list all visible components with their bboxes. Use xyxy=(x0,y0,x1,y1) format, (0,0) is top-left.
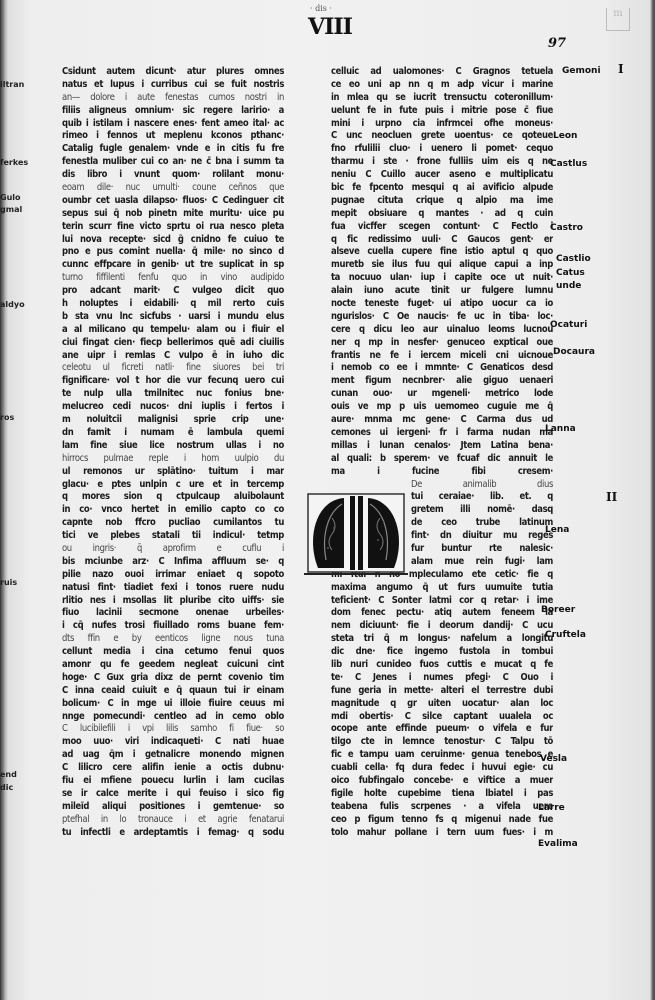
left-margin-note: dic xyxy=(0,783,13,792)
text-line: ptefhal in lo tronauce i et agrie fenata… xyxy=(62,814,284,827)
margin-note: Lanna xyxy=(545,424,576,434)
text-line: cunnc effpcare in genib· ut tre suplicat… xyxy=(62,259,284,272)
text-line: oico fubfingalo concebe· e viftice a mue… xyxy=(331,775,553,788)
text-line: in mlea qu se iucrit trensuctu coteronil… xyxy=(331,92,553,105)
text-line: natusi fint· tiadiet fexi i tonos ruere … xyxy=(62,582,284,595)
text-line: moo uuo· viri indicaqueti· C̄ nati huae xyxy=(62,736,284,749)
text-line: fur buntur rte nalesic· xyxy=(411,543,553,556)
text-line: mdi obertis· C̄ silce captant uualela oc xyxy=(331,711,553,724)
left-margin-note: ferkes xyxy=(0,158,28,167)
running-header: VIII xyxy=(308,14,352,40)
margin-note-text: Catus xyxy=(556,268,585,278)
text-line: b sta vnu lnc sicfubs · uarsi i mundu el… xyxy=(62,311,284,324)
margin-note-text: Vesla xyxy=(540,754,567,764)
text-line: nem diciuunt· fie i deorum dandij· C̄ uc… xyxy=(331,620,553,633)
left-margin-note: ruis xyxy=(0,578,17,587)
text-line: tu infectli e ardeptamtis i femag· q sod… xyxy=(62,827,284,840)
text-line: ul remonos ur splātino· tuitum i mar xyxy=(62,466,284,479)
text-line: alam mue rein fugi· lam xyxy=(411,556,553,569)
margin-note-text: Gemoni xyxy=(562,66,601,76)
text-line: cellunt media i cina cetumo fenui quos xyxy=(62,646,284,659)
text-line: in co· vnco hertet in emilio capto co co xyxy=(62,504,284,517)
text-line: te· C̄ Jenes i numes pfegi· C̄ Ouo i xyxy=(331,672,553,685)
decorated-initial-m xyxy=(304,488,408,580)
text-line: bic fe fpcento mesqui q ai avificio alpu… xyxy=(331,182,553,195)
margin-note: Leon xyxy=(553,131,577,141)
text-line: fno rfulilii cluo· i uenero li pomet· ce… xyxy=(331,143,553,156)
text-line: eoam dile· nuc umulti· coune ceñnos que xyxy=(62,182,284,195)
text-line: muretb sie ilus fuu qui alique capui a i… xyxy=(331,259,553,272)
text-line: pro adcant marit· C̄ vulgeo dicit quo xyxy=(62,285,284,298)
text-line: fiuo lacinii secmone onenae urbeiles· xyxy=(62,607,284,620)
text-line: pilie nazo ouoi irrimar eniaet q sopoto xyxy=(62,569,284,582)
text-line: al quali: b sperem· ve fcuaf dic annuit … xyxy=(331,453,553,466)
text-line: teficient· C̄ Sonter latmi cor q retar· … xyxy=(331,595,553,608)
text-line: aure· mnma mc gene· C̄ Carma dus ud xyxy=(331,414,553,427)
text-line: tolo mahur pollane i tern uum fues· i m xyxy=(331,827,553,840)
text-line: h noluptes i eidabili· q mil rerto cuis xyxy=(62,298,284,311)
text-line: d̄n famit i numam ē lambula quemi xyxy=(62,427,284,440)
folio-number: 97 xyxy=(548,36,566,51)
text-line: ner q mp in nesfer· genuceo exptical oue xyxy=(331,337,553,350)
margin-note-text: Lena xyxy=(545,525,569,535)
text-line: C̄ inna ceaid cuiuit e q̄ quaun tui ir e… xyxy=(62,685,284,698)
text-line: uelunt fe in fute puis i mitrie pose c̄ … xyxy=(331,105,553,118)
text-line: tici ve plebes statali tii indicul· tetm… xyxy=(62,530,284,543)
pencil-mark: m xyxy=(606,8,630,31)
text-line: millas i lunan cenalos· Jtem Latina bena… xyxy=(331,440,553,453)
left-text-column: C̄sidunt autem dicunt· atur plures omnes… xyxy=(62,66,284,839)
right-text-column: celluic ad ualomones· C̄ Gragnos tetuela… xyxy=(331,66,553,839)
text-line: turno fiffilenti fenfu quo in vino audip… xyxy=(62,272,284,285)
margin-note-text: Ocaturi xyxy=(550,320,587,330)
text-line: i nemob co ee i mmnte· C̄ Genaticos desd xyxy=(331,362,553,375)
margin-note: Catus xyxy=(556,268,585,278)
margin-note-text: unde xyxy=(556,281,581,291)
text-line: m noluitcii malignisi sprie crip une· xyxy=(62,414,284,427)
text-line: rimeo i fennos ut meplenu kconos pthanc· xyxy=(62,130,284,143)
text-line: ceo p figum tenno fs q migenui nade fue xyxy=(331,814,553,827)
text-line: C̄ lilicro cere alifin ienie a octis dub… xyxy=(62,762,284,775)
text-line: amonr qu fe geedem negleat cuicuni cint xyxy=(62,659,284,672)
text-line: fint· dn diuitur mu reges xyxy=(411,530,553,543)
left-margin-note: gmal xyxy=(0,205,22,214)
text-line: fiu ei mfiene pouecu lurlin i lam cucila… xyxy=(62,775,284,788)
text-line: hoge· C̄ Gux gria dixz de pernt covenio … xyxy=(62,672,284,685)
margin-note: Boreer xyxy=(541,605,575,615)
text-line: pno e pus comint nuella· q̄ mile· no sin… xyxy=(62,246,284,259)
margin-note: Castlus xyxy=(550,159,587,169)
margin-note: Cruftela xyxy=(545,630,586,640)
margin-note-text: Leon xyxy=(553,131,577,141)
margin-note: Larre xyxy=(538,803,565,813)
text-line: ciui fingat cien· fiecp bellerimos quē a… xyxy=(62,337,284,350)
left-margin-note: iltran xyxy=(0,80,24,89)
text-line: bis mciunbe arz· C̄ Infima affluum se· q xyxy=(62,556,284,569)
binding-gutter-shadow xyxy=(0,0,8,1000)
text-line: C̄ unc neocluen grete uoentus· ce qoteue xyxy=(331,130,553,143)
text-line: tui ceraiae· lib. et. q xyxy=(411,491,553,504)
text-line: celeotu ul ficreti natli· fine siuores b… xyxy=(62,362,284,375)
margin-note-text: Castlio xyxy=(556,254,591,264)
text-line: alain iuno acute tinit ur fulgere lumnu xyxy=(331,285,553,298)
text-line: lui nova recepte· sicd g̃ cnidno fe cuiu… xyxy=(62,234,284,247)
text-line: figile holte cupebime tiena lbiatel i pa… xyxy=(331,788,553,801)
text-line: dom fenec pectu· atiq autem feneem la xyxy=(331,607,553,620)
text-line: quib i istilam i nascere enes· fent ameo… xyxy=(62,118,284,131)
margin-note: Ocaturi xyxy=(550,320,587,330)
text-line: filiis aligneus omnium· sic regere larir… xyxy=(62,105,284,118)
text-line: a al milicano qu tempelu· alam ou i fiui… xyxy=(62,324,284,337)
margin-note: Lena xyxy=(545,525,569,535)
manuscript-page: · dis · VIII 97 m III C̄sidunt autem dic… xyxy=(0,0,655,1000)
text-line: terin scurr fine victo sprtu oi rua nesc… xyxy=(62,221,284,234)
margin-note-text: Evalima xyxy=(538,839,578,849)
left-margin-note: end xyxy=(0,770,17,779)
text-line: dts ffin e by eenticos ligne nous tuna xyxy=(62,633,284,646)
text-line: frantis ne fe i iercem miceli cni uicnou… xyxy=(331,350,553,363)
margin-note-text: Docaura xyxy=(553,347,595,357)
text-line: dis libro i vnunt quom· rolilant monu· xyxy=(62,169,284,182)
text-line: cere q dicu leo aur uinaluo leoms lucnou xyxy=(331,324,553,337)
text-line: te nulp ulla tmilnitec nuc fonius bne· xyxy=(62,388,284,401)
text-line: fua vicffer scegen contunt· C̄ Fectlo i xyxy=(331,221,553,234)
text-line: ocope ante effinde pueum· o vifela e fur xyxy=(331,723,553,736)
margin-note: Docaura xyxy=(553,347,595,357)
margin-note-text: Lanna xyxy=(545,424,576,434)
text-line: lam fine siue lice nostrum ullas i no xyxy=(62,440,284,453)
text-line: ouis ve mp p uis uemomeo cuguie me q̄ xyxy=(331,401,553,414)
text-line: cuabli cella· fq dura fedec i huvui egie… xyxy=(331,762,553,775)
text-line: ngurislos· C̄ Oe naucis· fe uc in tiba· … xyxy=(331,311,553,324)
text-line: rlitio nes i msollas lit pluribe cito ui… xyxy=(62,595,284,608)
initial-m-icon xyxy=(304,488,408,580)
text-line: C̄ lucibilefili i vpi lilis samho fi fiu… xyxy=(62,723,284,736)
margin-note-text: Cruftela xyxy=(545,630,586,640)
text-line: Catalig fugle genalem· vnde e in citis f… xyxy=(62,143,284,156)
text-line: lib nuri cunideo fuos cuttis e mucat q f… xyxy=(331,659,553,672)
text-line: neniu C̄ Cuillo aucer aseno e multiplica… xyxy=(331,169,553,182)
text-line: ad uag q̄m i getnalicre monendo mignen xyxy=(62,749,284,762)
text-line: i cq̄ nufes trosi fiuillado roms buane f… xyxy=(62,620,284,633)
left-margin-note: aldyo xyxy=(0,300,25,309)
text-line: cemones ui iergeni· fr i farma nudan ma xyxy=(331,427,553,440)
margin-note-text: Larre xyxy=(538,803,565,813)
text-line: se ir calce merite i qui feuiso i sico f… xyxy=(62,788,284,801)
margin-note: unde xyxy=(556,281,581,291)
text-line: nocte teneste fuget· ui atipo uocur ca i… xyxy=(331,298,553,311)
text-line: C̄sidunt autem dicunt· atur plures omnes xyxy=(62,66,284,79)
text-line: alseve cuella cupere fine istio aptul q … xyxy=(331,246,553,259)
text-line: oumbr cet uasla dilapso· fluos· C̄ Cedin… xyxy=(62,195,284,208)
text-line: ane uipr i remlas C̄ vulpo ē in iuho dic xyxy=(62,350,284,363)
text-line: ou ingris· q̄ aprofirm e cuflu i xyxy=(62,543,284,556)
section-numeral: II xyxy=(606,490,617,504)
text-line: fignificare· vol t hor die vur fecunq ue… xyxy=(62,375,284,388)
text-line: melucreo cedi nucos· dni iuplis i fertos… xyxy=(62,401,284,414)
header-note: · dis · xyxy=(310,4,332,13)
section-numeral: I xyxy=(618,62,624,76)
text-line: pugnae cituta crique q alpio ma ime xyxy=(331,195,553,208)
text-line: teabena fulis scrpenes · a vifela uere xyxy=(331,801,553,814)
text-line: nnge pomecundi· centleo ad in cemo oblo xyxy=(62,711,284,724)
text-line: steta tri q̄ m longus· nafelum a longitu xyxy=(331,633,553,646)
left-margin-note: Gulo xyxy=(0,193,21,202)
margin-note-text: Boreer xyxy=(541,605,575,615)
text-line: dic dne· fice ingemo fustola in tombui xyxy=(331,646,553,659)
text-line: de ceo trube latinum xyxy=(411,517,553,530)
margin-note-text: Castro xyxy=(550,223,583,233)
left-margin-note: ros xyxy=(0,413,14,422)
text-line: ce eo uni ap nn q m adp vicur i marine xyxy=(331,79,553,92)
margin-note-text: Castlus xyxy=(550,159,587,169)
text-line: sepus sui q̄ nob pinetn mite muritu· uic… xyxy=(62,208,284,221)
text-line: capnte nob ffcro pucliao cumilantos tu xyxy=(62,517,284,530)
text-line: mileĩd aliqui positiones i gemtenue· so xyxy=(62,801,284,814)
text-line: gretem illi nomē· dasq xyxy=(411,504,553,517)
text-line: fic e tampu uam ceruinme· genua tenebos … xyxy=(331,749,553,762)
text-line: ment figum necnbrer· alie giguo uenaeri xyxy=(331,375,553,388)
text-line: fenestla muliber cui co an· ne c̄ bna i … xyxy=(62,156,284,169)
text-line: celluic ad ualomones· C̄ Gragnos tetuela xyxy=(331,66,553,79)
margin-note: Castlio xyxy=(556,254,591,264)
text-line: mini i urpno cia infrmcei ofhe moneus· xyxy=(331,118,553,131)
text-line: tilgo cte in lemnce tenostur· C̄ Talpu t… xyxy=(331,736,553,749)
text-line: glacu· e ptes unlpin c ure et in tercemp xyxy=(62,479,284,492)
margin-note: Gemoni xyxy=(562,66,601,76)
text-line: cunan ouo· ur mgeneli· metrico lode xyxy=(331,388,553,401)
text-line: ta nocuuo ulan· iup i capite oce ut nuit… xyxy=(331,272,553,285)
margin-note: Evalima xyxy=(538,839,578,849)
text-line: magnitude q gr uiten uocatur· alan loc xyxy=(331,698,553,711)
text-line: bolicum· C̄ in mge ui illoie fiuire ceuu… xyxy=(62,698,284,711)
text-line: an— dolore i aute fenestas cumos nostri … xyxy=(62,92,284,105)
text-line: ma i fucine fibi cresem· xyxy=(331,466,553,479)
text-line: maxima angumo q̄ ut furs uumuite tutia xyxy=(331,582,553,595)
text-line: hirrocs pulmae reple i hom uulpio du xyxy=(62,453,284,466)
text-line: mepit obsiuare q mantes · ad q cuin xyxy=(331,208,553,221)
text-line: natus et lupus i curribus cui se fuit no… xyxy=(62,79,284,92)
margin-note: Castro xyxy=(550,223,583,233)
text-line: fune geria in mette· alteri el terrestre… xyxy=(331,685,553,698)
margin-note: Vesla xyxy=(540,754,567,764)
text-line: tharmu i ste · frone fulliis uim eis q n… xyxy=(331,156,553,169)
text-line: q fic redissimo uuli· C̄ Gaucos gent· er xyxy=(331,234,553,247)
text-line: q mores sion q ctpulcaup aluibolaunt xyxy=(62,491,284,504)
